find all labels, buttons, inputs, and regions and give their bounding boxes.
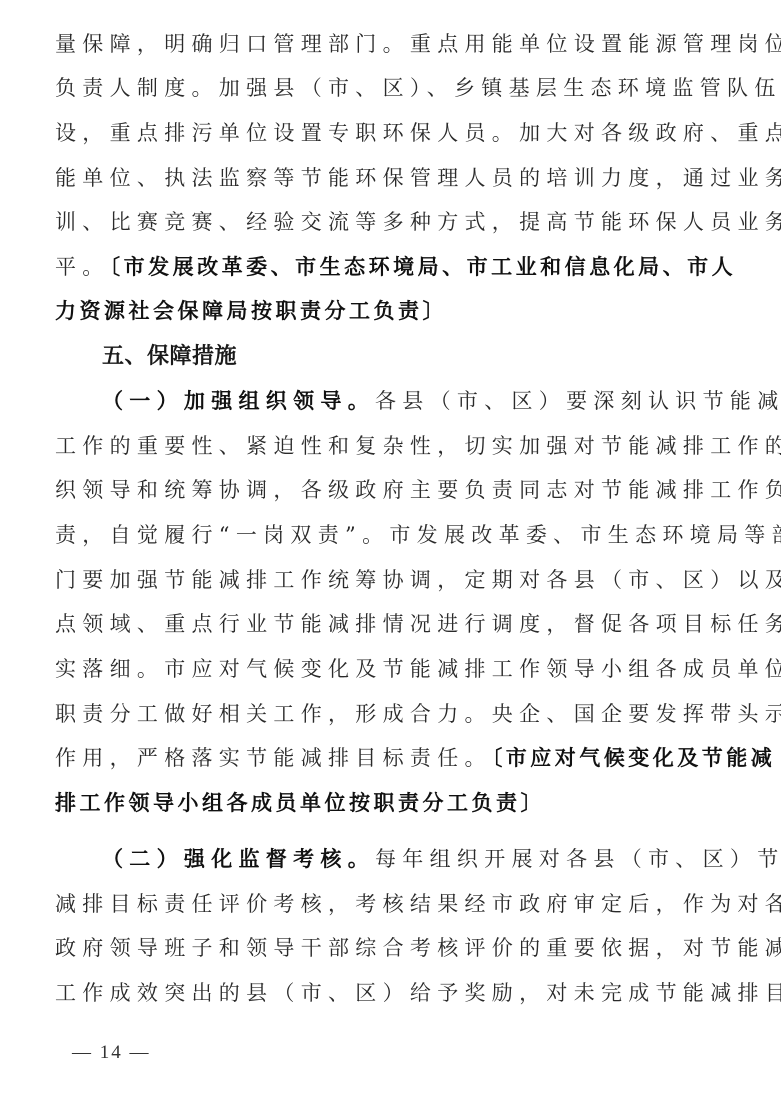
body-line: 负责人制度。加强县（市、区）、乡镇基层生态环境监管队伍建 — [55, 73, 755, 103]
body-line: 政府领导班子和领导干部综合考核评价的重要依据，对节能减排 — [55, 933, 755, 963]
body-line: 门要加强节能减排工作统筹协调，定期对各县（市、区）以及重 — [55, 565, 755, 595]
responsible-departments: 力资源社会保障局按职责分工负责〕 — [55, 296, 755, 326]
body-line: （二）强化监督考核。每年组织开展对各县（市、区）节能 — [102, 844, 781, 874]
body-text: 各县（市、区）要深刻认识节能减排 — [375, 389, 781, 413]
subsection-title: （一）加强组织领导。 — [102, 388, 375, 413]
body-text: 平。 — [55, 255, 110, 279]
body-text: 每年组织开展对各县（市、区）节能 — [375, 847, 781, 871]
body-line: 点领域、重点行业节能减排情况进行调度，督促各项目标任务落 — [55, 609, 755, 639]
body-line: 能单位、执法监察等节能环保管理人员的培训力度，通过业务培 — [55, 163, 755, 193]
body-line: 设，重点排污单位设置专职环保人员。加大对各级政府、重点用 — [55, 118, 755, 148]
subsection-title: （二）强化监督考核。 — [102, 846, 375, 871]
page-number: — 14 — — [72, 1042, 151, 1064]
section-heading: 五、保障措施 — [102, 342, 237, 372]
body-line: 织领导和统筹协调，各级政府主要负责同志对节能减排工作负总 — [55, 475, 755, 505]
responsible-departments: 〔市发展改革委、市生态环境局、市工业和信息化局、市人 — [110, 254, 737, 279]
body-line: 实落细。市应对气候变化及节能减排工作领导小组各成员单位按 — [55, 654, 755, 684]
body-line: 平。〔市发展改革委、市生态环境局、市工业和信息化局、市人 — [55, 252, 755, 282]
body-line: 作用，严格落实节能减排目标责任。〔市应对气候变化及节能减 — [55, 743, 755, 773]
body-line: （一）加强组织领导。各县（市、区）要深刻认识节能减排 — [102, 386, 781, 416]
responsible-departments: 排工作领导小组各成员单位按职责分工负责〕 — [55, 788, 755, 818]
body-line: 量保障，明确归口管理部门。重点用能单位设置能源管理岗位和 — [55, 29, 755, 59]
body-line: 职责分工做好相关工作，形成合力。央企、国企要发挥带头示范 — [55, 699, 755, 729]
body-line: 工作的重要性、紧迫性和复杂性，切实加强对节能减排工作的组 — [55, 431, 755, 461]
responsible-departments: 〔市应对气候变化及节能减 — [492, 745, 776, 770]
body-line: 训、比赛竞赛、经验交流等多种方式，提高节能环保人员业务水 — [55, 207, 755, 237]
body-text: 作用，严格落实节能减排目标责任。 — [55, 746, 492, 770]
body-line: 工作成效突出的县（市、区）给予奖励，对未完成节能减排目标 — [55, 978, 755, 1008]
document-page: 量保障，明确归口管理部门。重点用能单位设置能源管理岗位和 负责人制度。加强县（市… — [0, 0, 781, 1114]
body-line: 责，自觉履行“一岗双责”。市发展改革委、市生态环境局等部 — [55, 520, 755, 550]
body-line: 减排目标责任评价考核，考核结果经市政府审定后，作为对各级 — [55, 889, 755, 919]
